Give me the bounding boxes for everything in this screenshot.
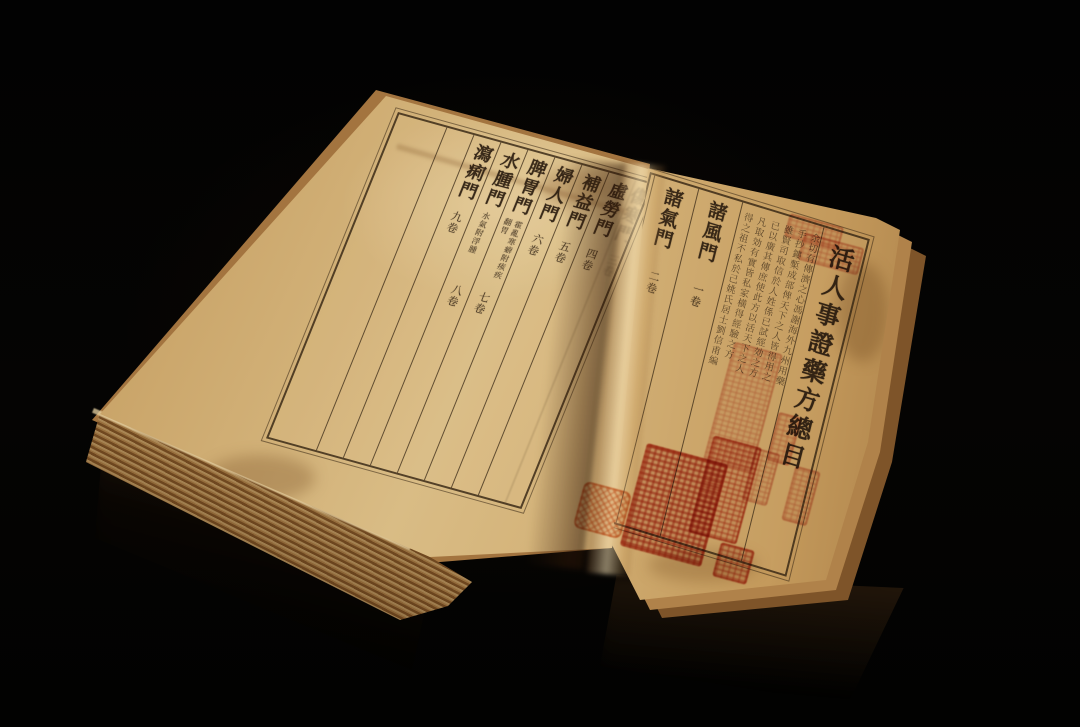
volume-label: 一卷 xyxy=(685,282,706,310)
volume-label: 八卷 xyxy=(442,282,466,309)
volume-label: 九卷 xyxy=(441,209,465,236)
left-page: 傷寒門 三卷 虛勞門 四卷 補益門 五卷 婦人門 六卷 脾胃門 霍亂寒癖附痎疾翻… xyxy=(0,0,1080,727)
photo-antique-chinese-medical-book: 傷寒門 三卷 虛勞門 四卷 補益門 五卷 婦人門 六卷 脾胃門 霍亂寒癖附痎疾翻… xyxy=(0,0,1080,727)
category-name: 諸風門 xyxy=(691,198,732,267)
volume-label: 七卷 xyxy=(469,290,493,317)
volume-label: 六卷 xyxy=(522,231,546,258)
